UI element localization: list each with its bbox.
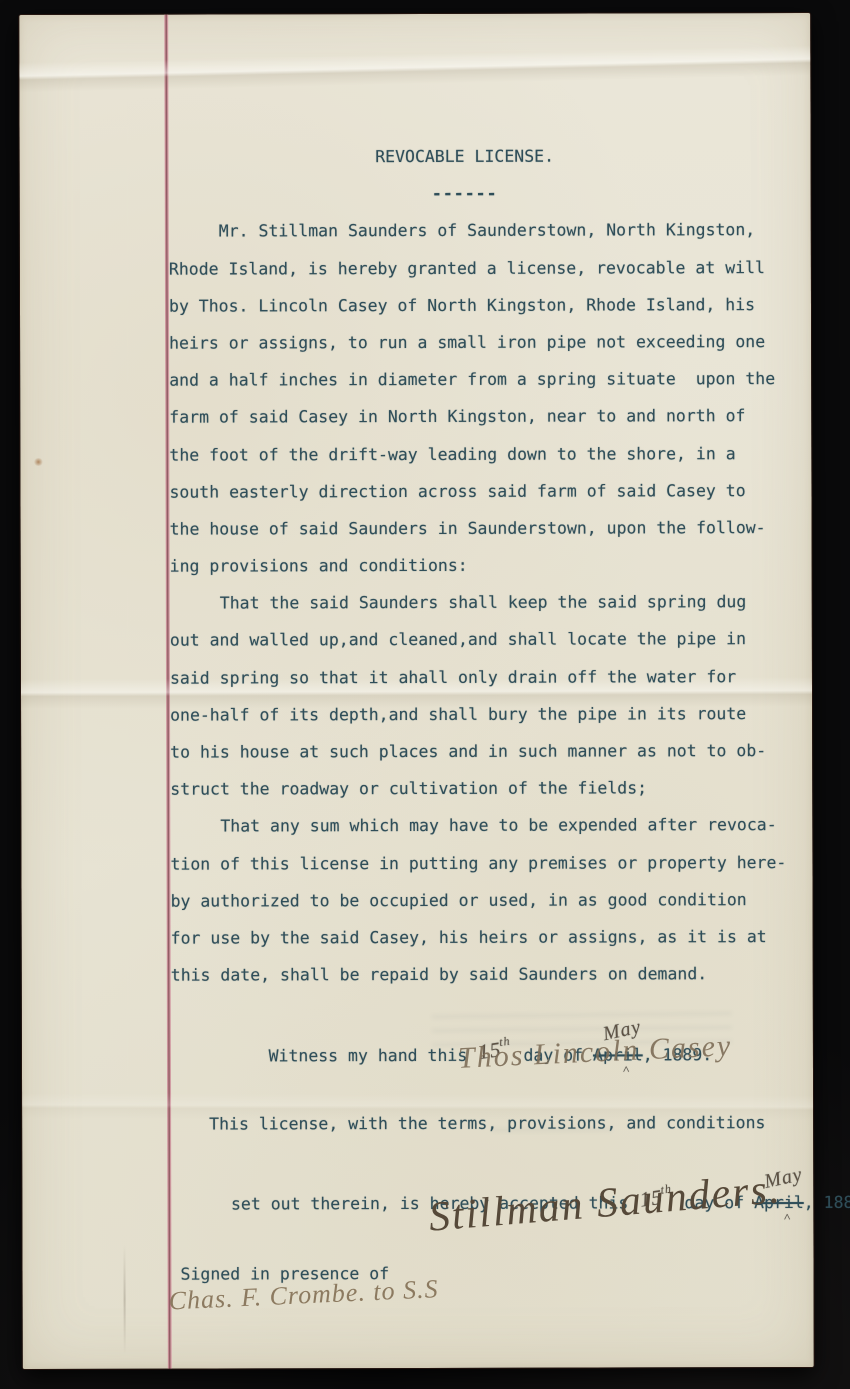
insertion-caret: ^ (784, 1201, 790, 1234)
typed-line: for use by the said Casey, his heirs or … (171, 918, 763, 957)
typed-line: this date, shall be repaid by said Saund… (171, 955, 763, 994)
typed-line: farm of said Casey in North Kingston, ne… (169, 397, 761, 436)
typed-line: out and walled up,and cleaned,and shall … (170, 621, 762, 660)
paper-sheet: REVOCABLE LICENSE. ------ Mr. Stillman S… (19, 13, 814, 1369)
typed-line: by Thos. Lincoln Casey of North Kingston… (169, 286, 761, 325)
typed-line: said spring so that it ahall only drain … (170, 658, 762, 697)
typed-line: ing provisions and conditions: (170, 546, 762, 585)
acceptance-suffix: , 1889. (804, 1193, 850, 1212)
paper-scratch (123, 1245, 125, 1355)
typed-line: and a half inches in diameter from a spr… (169, 360, 761, 399)
typed-line: by authorized to be occupied or used, in… (171, 881, 763, 920)
typed-line: heirs or assigns, to run a small iron pi… (169, 323, 761, 362)
fold-crease-top (19, 45, 810, 92)
typed-line: tion of this license in putting any prem… (170, 844, 762, 883)
document-title: REVOCABLE LICENSE. (169, 137, 761, 176)
typed-line: the house of said Saunders in Saundersto… (170, 509, 762, 548)
typed-line: Mr. Stillman Saunders of Saunderstown, N… (169, 211, 761, 250)
typed-line: struct the roadway or cultivation of the… (170, 769, 762, 808)
typewritten-body: REVOCABLE LICENSE. ------ Mr. Stillman S… (169, 137, 763, 1031)
foxing-spot (33, 458, 43, 466)
typed-line: south easterly direction across said far… (169, 472, 761, 511)
typed-line: This license, with the terms, provisions… (171, 1104, 821, 1143)
witness-clause-line: Witness my hand this 15th day of AprilMa… (171, 992, 763, 1031)
title-divider: ------ (169, 174, 761, 213)
typed-line: the foot of the drift-way leading down t… (169, 435, 761, 474)
typed-line: That any sum which may have to be expend… (170, 806, 762, 845)
typed-line: That the said Saunders shall keep the sa… (170, 583, 762, 622)
typed-line: to his house at such places and in such … (170, 732, 762, 771)
typed-line: one-half of its depth,and shall bury the… (170, 695, 762, 734)
acceptance-clause: This license, with the terms, provisions… (171, 1104, 821, 1180)
witness-clause-prefix: Witness my hand this (269, 1045, 478, 1065)
typed-line: Rhode Island, is hereby granted a licens… (169, 249, 761, 288)
photographed-document: { "page": { "background_color": "#0a0a0b… (0, 0, 850, 1389)
